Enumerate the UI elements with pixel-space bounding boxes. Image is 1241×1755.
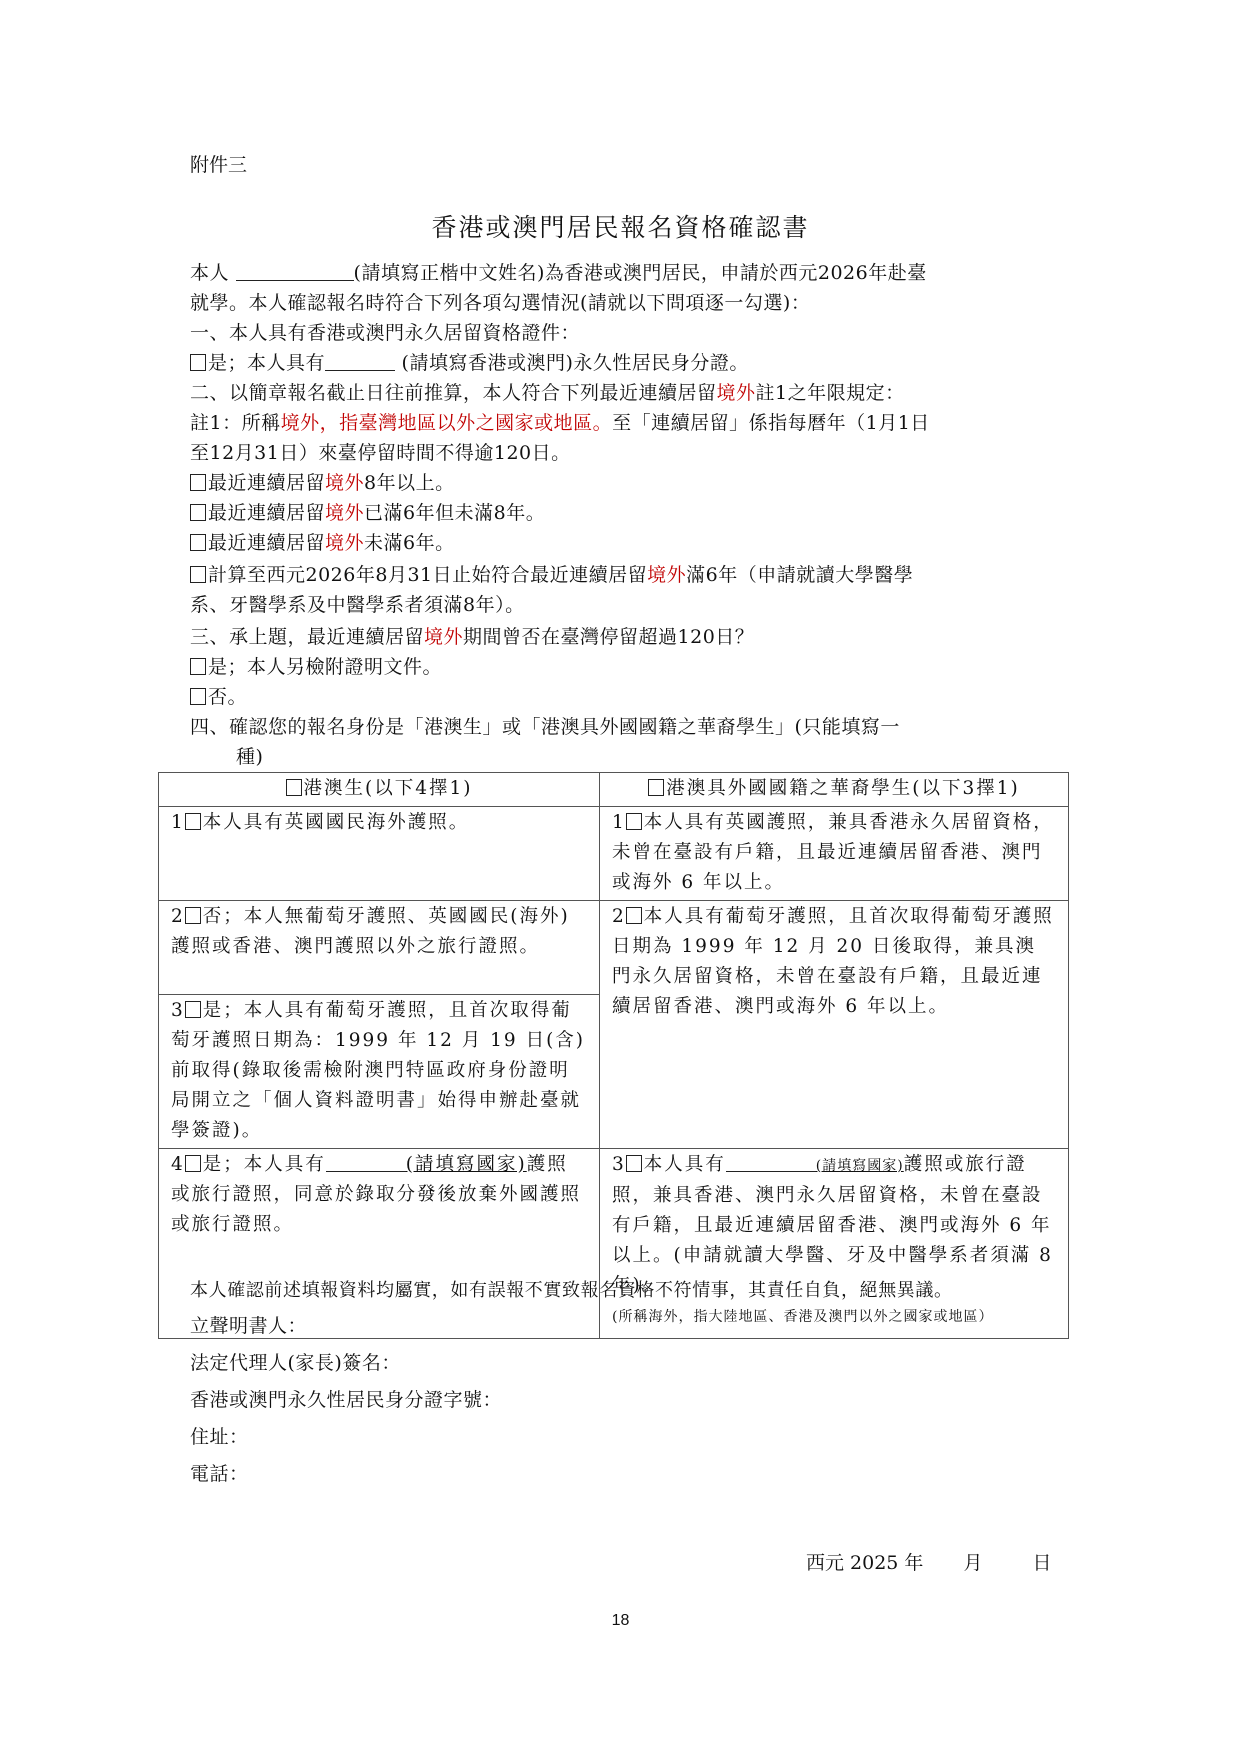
- left-option-2: 2否；本人無葡萄牙護照、英國國民(海外)護照或香港、澳門護照以外之旅行證照。: [159, 901, 600, 995]
- option-number: 3: [612, 1154, 626, 1175]
- field-hint: (請填寫國家): [406, 1154, 527, 1175]
- option-text: 本人具有: [644, 1154, 726, 1175]
- signature-guardian[interactable]: 法定代理人(家長)簽名：: [190, 1348, 401, 1378]
- highlight-text: ，指臺灣地區以外之國家或地區。: [320, 412, 613, 434]
- page-title: 香港或澳門居民報名資格確認書: [0, 208, 1241, 244]
- page-number: 18: [0, 1612, 1241, 1630]
- section1-option-yes: 是；本人具有 (請填寫香港或澳門)永久性居民身分證。: [190, 348, 749, 378]
- option-text: 最近連續居留: [208, 472, 325, 494]
- right-option-1: 1本人具有英國護照，兼具香港永久居留資格，未曾在臺設有戶籍，且最近連續居留香港、…: [600, 807, 1069, 901]
- heading-text: 期間曾否在臺灣停留超過120日？: [463, 626, 754, 648]
- signature-declarant[interactable]: 立聲明書人：: [190, 1311, 307, 1341]
- section2-option-4: 計算至西元2026年8月31日止始符合最近連續居留境外滿6年（申請就讀大學醫學: [190, 560, 913, 590]
- header-hk-macao-student: 港澳生(以下4擇1): [159, 773, 600, 807]
- right-option-2: 2本人具有葡萄牙護照，且首次取得葡萄牙護照日期為 1999 年 12 月 20 …: [600, 901, 1069, 1149]
- section2-note-line-2: 至12月31日）來臺停留時間不得逾120日。: [190, 438, 571, 468]
- qualification-table: 港澳生(以下4擇1) 港澳具外國國籍之華裔學生(以下3擇1) 1本人具有英國國民…: [158, 772, 1069, 1339]
- phone-field[interactable]: 電話：: [190, 1459, 249, 1489]
- address-field[interactable]: 住址：: [190, 1422, 249, 1452]
- option-text: 未滿6年。: [364, 532, 455, 554]
- option-text: 本人具有英國國民海外護照。: [203, 812, 470, 833]
- declaration: 本人確認前述填報資料均屬實，如有誤報不實致報名資格不符情事，其責任自負，絕無異議…: [190, 1276, 953, 1306]
- highlight-text: 境外: [717, 382, 756, 404]
- section4-heading: 四、確認您的報名身份是「港澳生」或「港澳具外國國籍之華裔學生」(只能填寫一: [190, 712, 900, 742]
- highlight-text: 境外: [647, 564, 686, 586]
- left-option-3: 3是；本人具有葡萄牙護照，且首次取得葡萄牙護照日期為：1999 年 12 月 1…: [159, 995, 600, 1149]
- section4-heading-line-2: 種): [236, 742, 263, 772]
- checkbox[interactable]: [185, 813, 201, 830]
- section2-option-1: 最近連續居留境外8年以上。: [190, 468, 455, 498]
- section3-option-yes: 是；本人另檢附證明文件。: [190, 652, 442, 682]
- date-month: 月: [963, 1552, 982, 1574]
- left-option-1: 1本人具有英國國民海外護照。: [159, 807, 600, 901]
- date-line: 西元 2025 年月日: [806, 1548, 1051, 1578]
- highlight-text: 境外: [325, 532, 364, 554]
- note-text: 至「連續居留」係指每曆年（1月1日: [612, 412, 930, 434]
- checkbox[interactable]: [190, 534, 206, 551]
- option-number: 2: [612, 906, 626, 927]
- option-text: 最近連續居留: [208, 532, 325, 554]
- option-text: 否；本人無葡萄牙護照、英國國民(海外)護照或香港、澳門護照以外之旅行證照。: [171, 906, 570, 957]
- option-text: 是；本人另檢附證明文件。: [208, 656, 442, 678]
- checkbox[interactable]: [626, 907, 642, 924]
- option-text: 是；本人具有葡萄牙護照，且首次取得葡萄牙護照日期為：1999 年 12 月 19…: [171, 1000, 585, 1141]
- highlight-text: 境外: [325, 472, 364, 494]
- heading-text: 註1之年限規定：: [756, 382, 905, 404]
- checkbox[interactable]: [190, 504, 206, 521]
- option-number: 1: [612, 812, 626, 833]
- intro-name-hint: (請填寫正楷中文姓名)為香港或澳門居民，申請於西元2026年赴臺: [354, 262, 927, 284]
- option-text: 8年以上。: [364, 472, 455, 494]
- checkbox[interactable]: [626, 813, 642, 830]
- country-field[interactable]: [326, 1153, 406, 1172]
- heading-text: 二、以簡章報名截止日往前推算，本人符合下列最近連續居留: [190, 382, 717, 404]
- checkbox[interactable]: [626, 1155, 642, 1172]
- checkbox[interactable]: [648, 779, 664, 796]
- intro-line-1: 本人 (請填寫正楷中文姓名)為香港或澳門居民，申請於西元2026年赴臺: [190, 258, 927, 288]
- checkbox[interactable]: [190, 474, 206, 491]
- section1-heading: 一、本人具有香港或澳門永久居留資格證件：: [190, 318, 580, 348]
- option-text: 護照或旅行證照，兼具香港、澳門永久居留資格，未曾在臺設有戶籍，且最近連續居留香港…: [612, 1154, 1053, 1296]
- option-number: 4: [171, 1154, 185, 1175]
- date-year: 西元 2025 年: [806, 1552, 923, 1574]
- option-text: 否。: [208, 686, 247, 708]
- checkbox[interactable]: [190, 688, 206, 705]
- option-text: (請填寫香港或澳門)永久性居民身分證。: [395, 352, 749, 374]
- region-field[interactable]: [325, 352, 395, 371]
- id-number-field[interactable]: 香港或澳門永久性居民身分證字號：: [190, 1385, 502, 1415]
- left-option-4: 4是；本人具有(請填寫國家)護照或旅行證照，同意於錄取分發後放棄外國護照或旅行證…: [159, 1149, 600, 1339]
- option-text: 最近連續居留: [208, 502, 325, 524]
- checkbox[interactable]: [190, 658, 206, 675]
- checkbox[interactable]: [185, 1001, 201, 1018]
- option-text: 本人具有英國護照，兼具香港永久居留資格，未曾在臺設有戶籍，且最近連續居留香港、澳…: [612, 812, 1054, 893]
- section3-heading: 三、承上題，最近連續居留境外期間曾否在臺灣停留超過120日？: [190, 622, 754, 652]
- option-text: 本人具有葡萄牙護照，且首次取得葡萄牙護照日期為 1999 年 12 月 20 日…: [612, 906, 1054, 1017]
- checkbox[interactable]: [185, 907, 201, 924]
- header-text: 港澳具外國國籍之華裔學生(以下3擇1): [666, 778, 1019, 799]
- intro-prefix: 本人: [190, 262, 236, 284]
- section2-option-3: 最近連續居留境外未滿6年。: [190, 528, 455, 558]
- option-text: 是；本人具有: [208, 352, 325, 374]
- highlight-text: 境外: [424, 626, 463, 648]
- section2-heading: 二、以簡章報名截止日往前推算，本人符合下列最近連續居留境外註1之年限規定：: [190, 378, 905, 408]
- option-number: 3: [171, 1000, 185, 1021]
- section3-option-no: 否。: [190, 682, 247, 712]
- highlight-text: 境外: [325, 502, 364, 524]
- overseas-note: (所稱海外，指大陸地區、香港及澳門以外之國家或地區）: [612, 1309, 993, 1325]
- right-option-3: 3本人具有(請填寫國家)護照或旅行證照，兼具香港、澳門永久居留資格，未曾在臺設有…: [600, 1149, 1069, 1339]
- checkbox[interactable]: [286, 779, 302, 796]
- note-text: 註1：所稱: [190, 412, 281, 434]
- header-text: 港澳生(以下4擇1): [304, 778, 473, 799]
- option-text: 是；本人具有: [203, 1154, 326, 1175]
- option-text: 滿6年（申請就讀大學醫學: [686, 564, 913, 586]
- chinese-name-field[interactable]: [236, 262, 354, 281]
- checkbox[interactable]: [190, 566, 206, 583]
- section2-note: 註1：所稱境外，指臺灣地區以外之國家或地區。至「連續居留」係指每曆年（1月1日: [190, 408, 930, 438]
- checkbox[interactable]: [185, 1155, 201, 1172]
- option-number: 1: [171, 812, 185, 833]
- option-number: 2: [171, 906, 185, 927]
- heading-text: 三、承上題，最近連續居留: [190, 626, 424, 648]
- date-day: 日: [1032, 1552, 1051, 1574]
- intro-line-2: 就學。本人確認報名時符合下列各項勾選情況(請就以下問項逐一勾選)：: [190, 288, 810, 318]
- header-foreign-nationality-student: 港澳具外國國籍之華裔學生(以下3擇1): [600, 773, 1069, 807]
- section2-option-2: 最近連續居留境外已滿6年但未滿8年。: [190, 498, 545, 528]
- highlight-text: 境外: [281, 412, 320, 434]
- country-field[interactable]: [726, 1153, 816, 1172]
- option-text: 已滿6年但未滿8年。: [364, 502, 545, 524]
- field-hint: (請填寫國家): [816, 1158, 904, 1174]
- checkbox[interactable]: [190, 354, 206, 371]
- attachment-label: 附件三: [190, 150, 247, 177]
- option-text: 計算至西元2026年8月31日止始符合最近連續居留: [208, 564, 647, 586]
- section2-option-4-line-2: 系、牙醫學系及中醫學系者須滿8年）。: [190, 590, 525, 620]
